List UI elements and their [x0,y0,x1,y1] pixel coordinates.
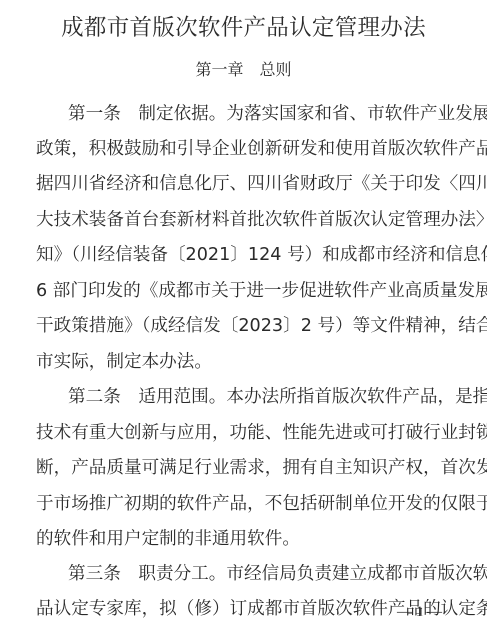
chapter-heading: 第一章 总则 [0,57,487,80]
body-line: 干政策措施》（成经信发〔2023〕2 号）等文件精神，结合成都 [36,315,466,337]
body-line: 技术有重大创新与应用，功能、性能先进或可打破行业封锁、垄 [36,422,466,444]
body-line: 6 部门印发的《成都市关于进一步促进软件产业高质量发展的若 [36,280,466,302]
body-line: 政策，积极鼓励和引导企业创新研发和使用首版次软件产品，根 [36,138,466,160]
body-line: 的软件和用户定制的非通用软件。 [36,528,466,550]
body-line: 于市场推广初期的软件产品，不包括研制单位开发的仅限于自用 [36,493,466,515]
document-title: 成都市首版次软件产品认定管理办法 [0,10,487,42]
page-number: — 1 — [397,604,442,621]
body-line: 市实际，制定本办法。 [36,351,466,373]
body-line: 据四川省经济和信息化厅、四川省财政厅《关于印发〈四川省重 [36,173,466,195]
body-line: 知》（川经信装备〔2021〕124 号）和成都市经济和信息化局等 [36,244,466,266]
body-line: 第一条 制定依据。为落实国家和省、市软件产业发展有关 [68,103,466,125]
body-line: 第三条 职责分工。市经信局负责建立成都市首版次软件产 [68,563,466,585]
body-line: 大技术装备首台套新材料首批次软件首版次认定管理办法〉的通 [36,209,466,231]
body-line: 第二条 适用范围。本办法所指首版次软件产品，是指关键 [68,386,466,408]
body-line: 断，产品质量可满足行业需求，拥有自主知识产权，首次发布处 [36,457,466,479]
